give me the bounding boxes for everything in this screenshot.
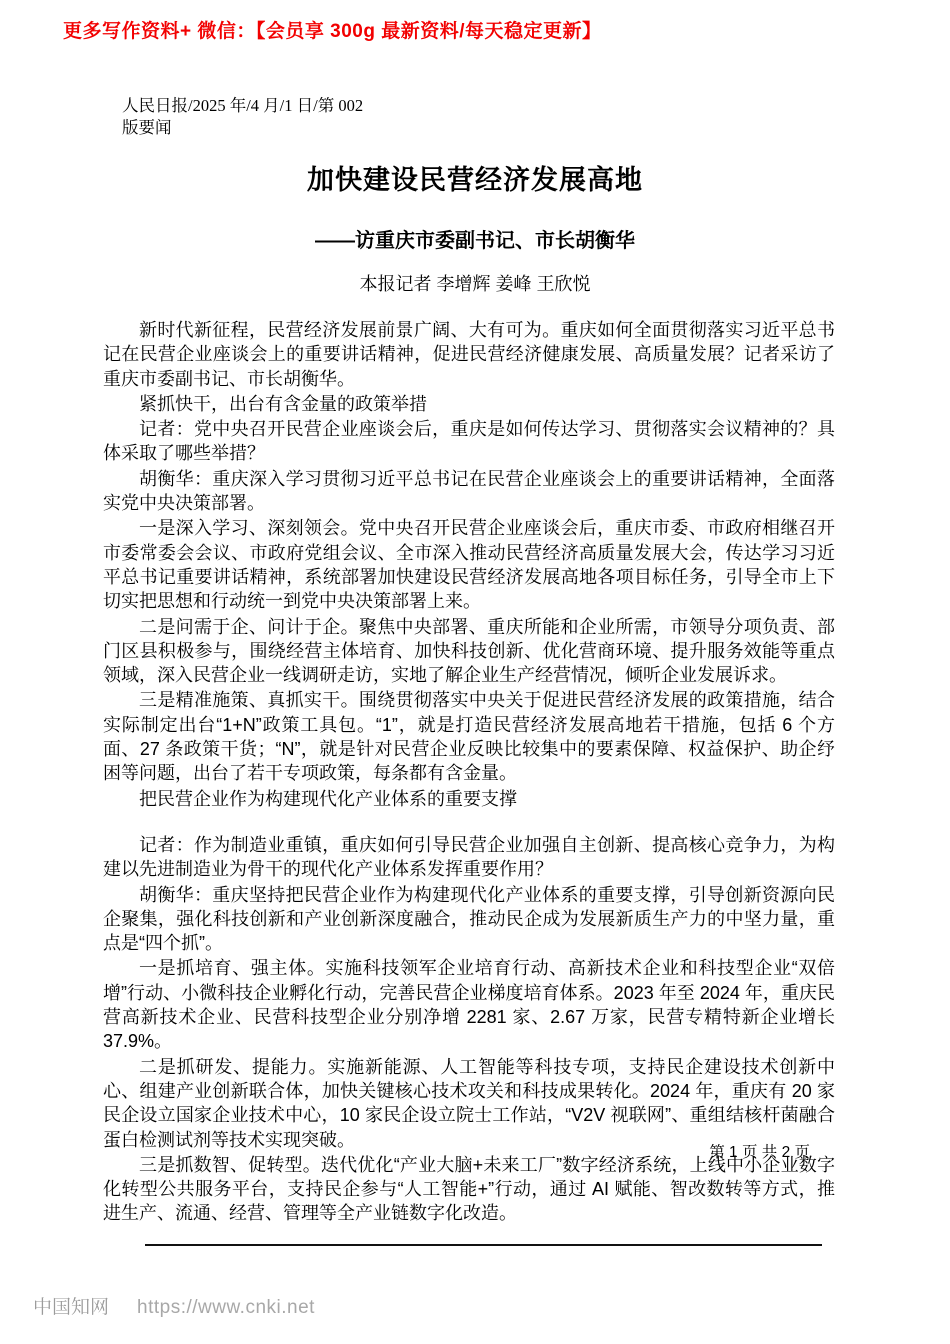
article-paragraph: 二是抓研发、提能力。实施新能源、人工智能等科技专项，支持民企建设技术创新中心、组… [103,1055,835,1152]
article-paragraph: 二是问需于企、问计于企。聚焦中央部署、重庆所能和企业所需，市领导分项负责、部门区… [103,615,835,688]
article-byline: 本报记者 李增辉 姜峰 王欣悦 [0,270,950,296]
article-paragraph: 胡衡华：重庆深入学习贯彻习近平总书记在民营企业座谈会上的重要讲话精神，全面落实党… [103,467,835,516]
article-paragraph: 胡衡华：重庆坚持把民营企业作为构建现代化产业体系的重要支撑，引导创新资源向民企聚… [103,883,835,956]
article-paragraph: 记者：党中央召开民营企业座谈会后，重庆是如何传达学习、贯彻落实会议精神的？具体采… [103,417,835,466]
page-number-label: 第 1 页 共 2 页 [709,1140,810,1162]
section-heading: 紧抓快干，出台有含金量的政策举措 [103,392,835,416]
section-heading: 把民营企业作为构建现代化产业体系的重要支撑 [103,787,835,811]
article-paragraph: 新时代新征程，民营经济发展前景广阔、大有可为。重庆如何全面贯彻落实习近平总书记在… [103,318,835,391]
source-line-1: 人民日报/2025 年/4 月/1 日/第 002 [122,95,363,117]
article-paragraph: 三是精准施策、真抓实干。围绕贯彻落实中央关于促进民营经济发展的政策措施，结合实际… [103,688,835,785]
article-subtitle: ——访重庆市委副书记、市长胡衡华 [0,224,950,253]
article-paragraph: 一是深入学习、深刻领会。党中央召开民营企业座谈会后，重庆市委、市政府相继召开市委… [103,516,835,613]
article-paragraph: 三是抓数智、促转型。迭代优化“产业大脑+未来工厂”数字经济系统，上线中小企业数字… [103,1153,835,1226]
cnki-watermark: 中国知网 https://www.cnki.net [33,1292,315,1319]
article-body: 新时代新征程，民营经济发展前景广阔、大有可为。重庆如何全面贯彻落实习近平总书记在… [103,318,835,1227]
footer-divider-line [145,1244,822,1246]
article-title: 加快建设民营经济发展高地 [0,158,950,197]
document-page: 更多写作资料+ 微信：【会员享 300g 最新资料/每天稳定更新】 人民日报/2… [0,0,950,1344]
article-paragraph: 一是抓培育、强主体。实施科技领军企业培育行动、高新技术企业和科技型企业“双倍增”… [103,956,835,1053]
cnki-site-name: 中国知网 [33,1292,109,1319]
source-line-2: 版要闻 [122,117,363,139]
source-citation: 人民日报/2025 年/4 月/1 日/第 002 版要闻 [122,95,363,139]
promo-banner-text: 更多写作资料+ 微信：【会员享 300g 最新资料/每天稳定更新】 [63,16,602,43]
cnki-site-url: https://www.cnki.net [137,1297,315,1319]
article-paragraph: 记者：作为制造业重镇，重庆如何引导民营企业加强自主创新、提高核心竞争力，为构建以… [103,833,835,882]
